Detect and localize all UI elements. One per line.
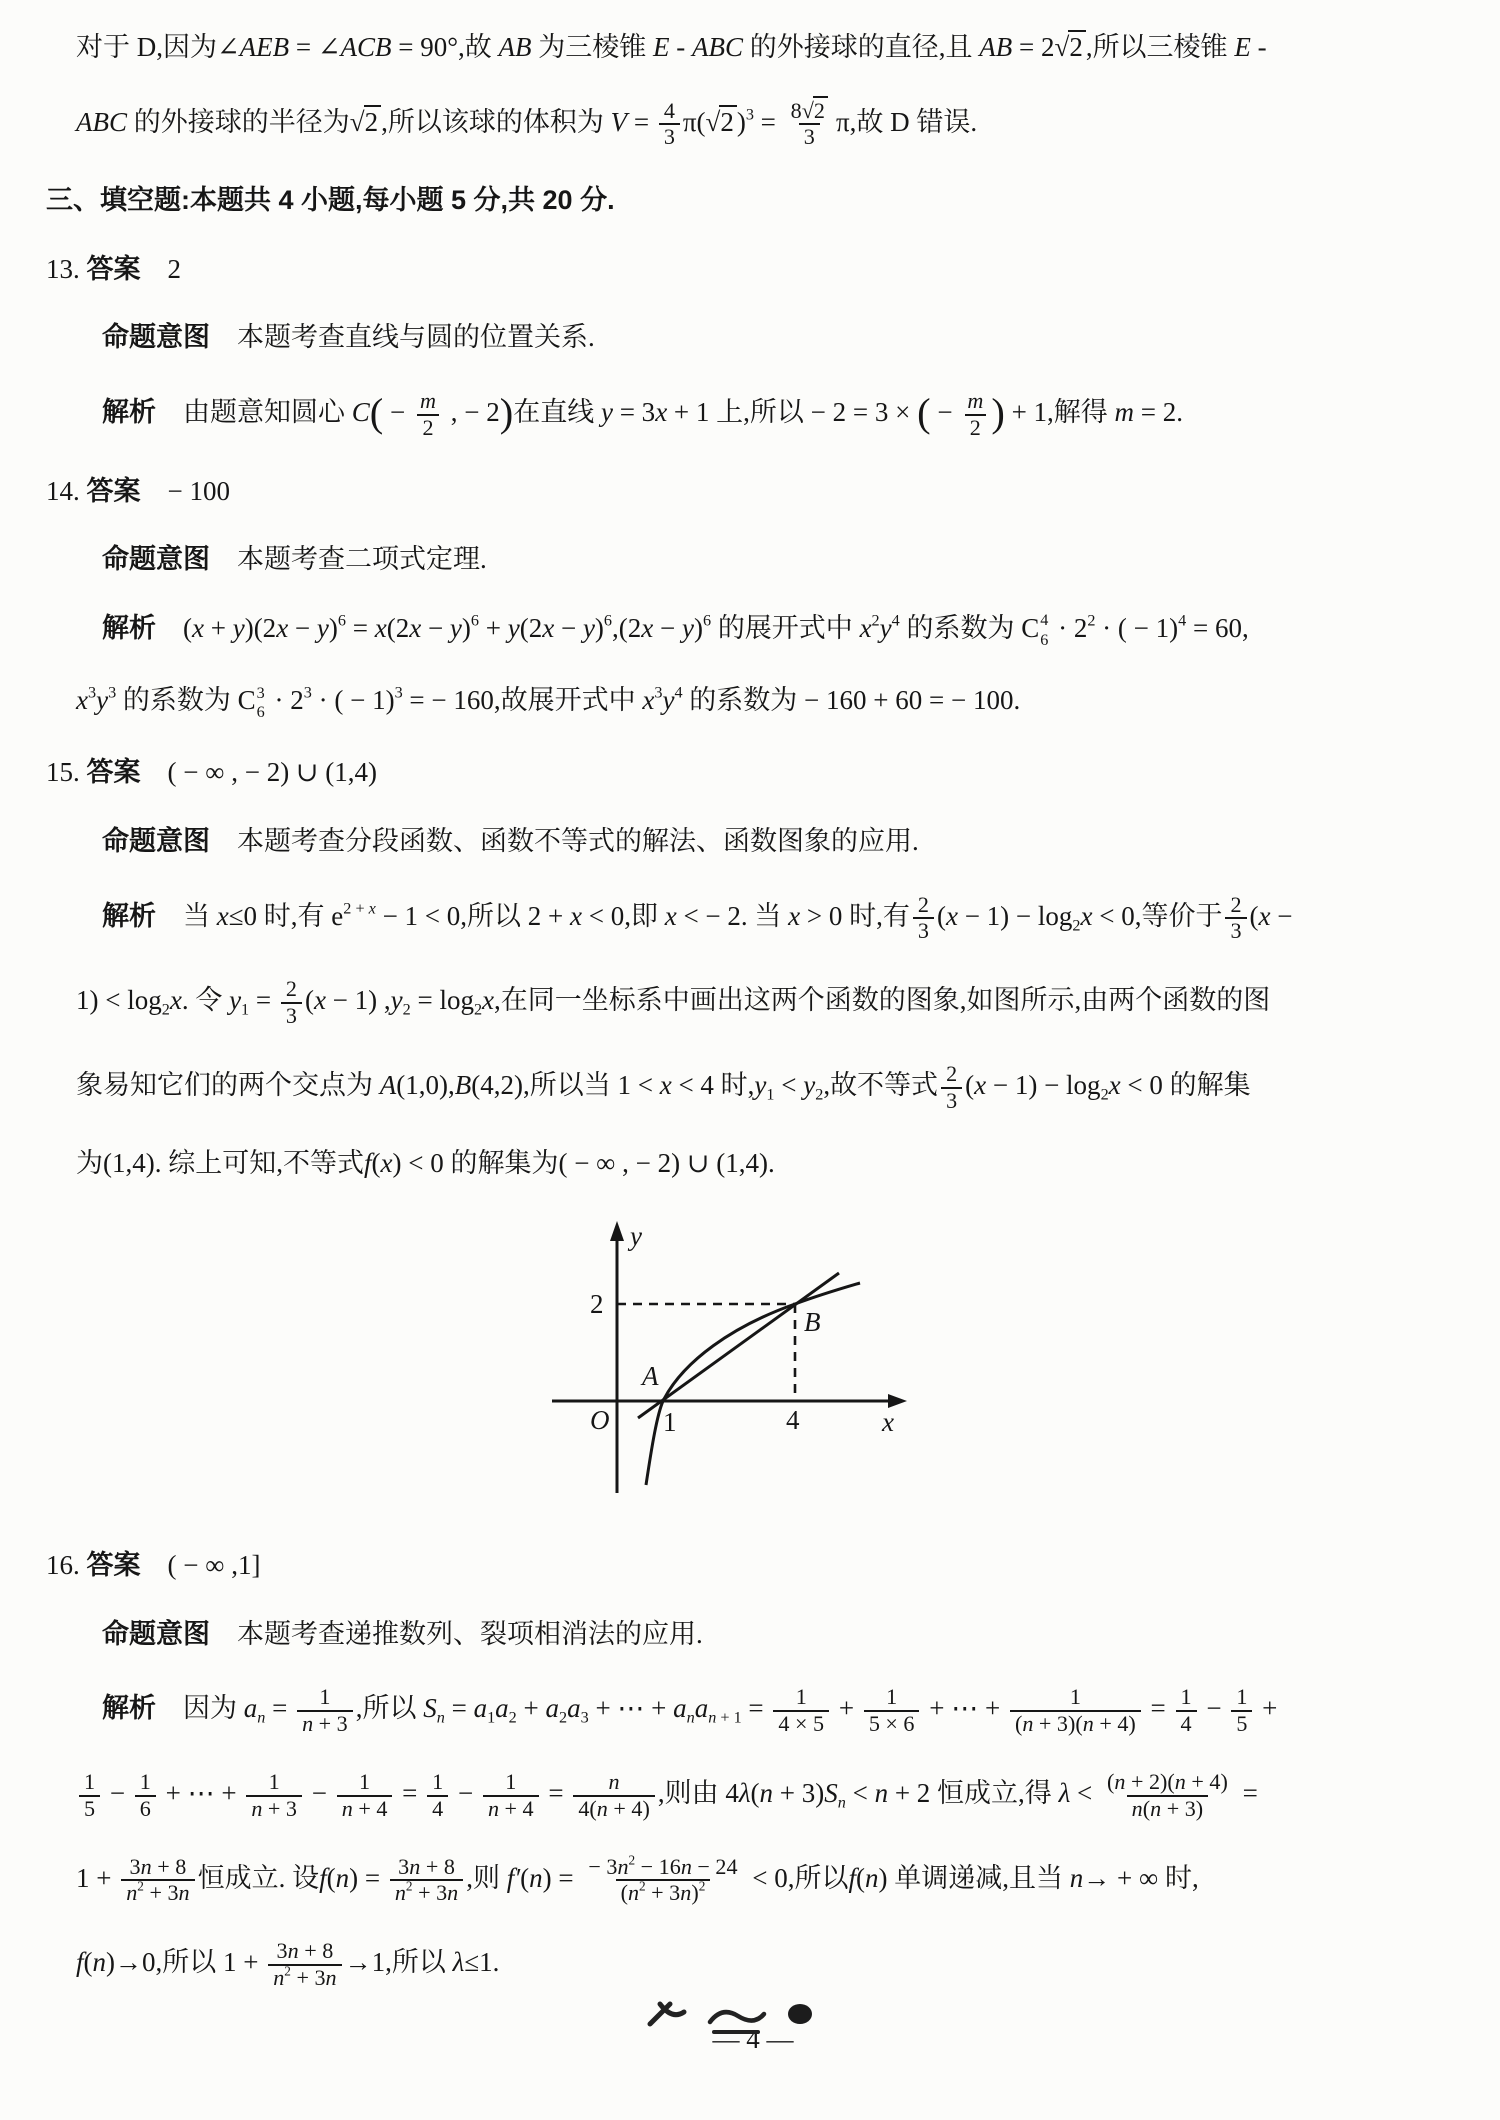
x-tick-4: 4 bbox=[786, 1405, 800, 1435]
q14-analysis-1: 解析 (x + y)(2x − y)6 = x(2x − y)6 + y(2x … bbox=[46, 611, 1460, 650]
q16-intent: 命题意图 本题考查递推数列、裂项相消法的应用. bbox=[46, 1617, 1460, 1653]
solution-d-line-1: 对于 D,因为∠AEB = ∠ACB = 90°,故 AB 为三棱锥 E - A… bbox=[46, 30, 1460, 66]
q13-analysis: 解析 由题意知圆心 C( − m2 , − 2)在直线 y = 3x + 1 上… bbox=[46, 389, 1460, 441]
x-tick-1: 1 bbox=[663, 1407, 677, 1437]
document-page: 对于 D,因为∠AEB = ∠ACB = 90°,故 AB 为三棱锥 E - A… bbox=[0, 0, 1500, 2055]
q16-analysis-2: 15 − 16 + ⋯ + 1n + 3 − 1n + 4 = 14 − 1n … bbox=[46, 1770, 1460, 1822]
content-top: 对于 D,因为∠AEB = ∠ACB = 90°,故 AB 为三棱锥 E - A… bbox=[46, 30, 1460, 1182]
q15-answer: 15. 答案 ( − ∞ , − 2) ∪ (1,4) bbox=[46, 755, 1460, 791]
q16-analysis-3: 1 + 3n + 8n2 + 3n恒成立. 设f(n) = 3n + 8n2 +… bbox=[46, 1855, 1460, 1907]
q14-analysis-2: x3y3 的系数为 C36 · 23 · ( − 1)3 = − 160,故展开… bbox=[46, 683, 1460, 722]
x-axis-label: x bbox=[881, 1407, 894, 1437]
graph-canvas: y x O 2 1 4 A B bbox=[546, 1215, 926, 1515]
q16-analysis-1: 解析 因为 an = 1n + 3,所以 Sn = a1a2 + a2a3 + … bbox=[46, 1685, 1460, 1737]
q14-intent: 命题意图 本题考查二项式定理. bbox=[46, 542, 1460, 578]
function-graph-figure: y x O 2 1 4 A B bbox=[546, 1215, 1460, 1522]
q15-analysis-3: 象易知它们的两个交点为 A(1,0),B(4,2),所以当 1 < x < 4 … bbox=[46, 1062, 1460, 1114]
page-footer: — 4 — bbox=[46, 2024, 1460, 2055]
q15-intent: 命题意图 本题考查分段函数、函数不等式的解法、函数图象的应用. bbox=[46, 824, 1460, 860]
y-axis-arrow-icon bbox=[610, 1221, 624, 1241]
q16-analysis-4: f(n)→0,所以 1 + 3n + 8n2 + 3n→1,所以 λ≤1. bbox=[46, 1939, 1460, 1991]
line-curve bbox=[638, 1273, 839, 1418]
q13-intent: 命题意图 本题考查直线与圆的位置关系. bbox=[46, 320, 1460, 356]
content-bottom: 16. 答案 ( − ∞ ,1]命题意图 本题考查递推数列、裂项相消法的应用.解… bbox=[46, 1548, 1460, 1991]
q14-answer: 14. 答案 − 100 bbox=[46, 474, 1460, 510]
q16-answer: 16. 答案 ( − ∞ ,1] bbox=[46, 1548, 1460, 1584]
q15-analysis-4: 为(1,4). 综上可知,不等式f(x) < 0 的解集为( − ∞ , − 2… bbox=[46, 1146, 1460, 1182]
section-3-header: 三、填空题:本题共 4 小题,每小题 5 分,共 20 分. bbox=[46, 183, 1460, 219]
q13-answer: 13. 答案 2 bbox=[46, 252, 1460, 288]
y-axis-label: y bbox=[627, 1221, 642, 1251]
q15-analysis-1: 解析 当 x≤0 时,有 e2 + x − 1 < 0,所以 2 + x < 0… bbox=[46, 893, 1460, 945]
q15-analysis-2: 1) < log2x. 令 y1 = 23(x − 1) ,y2 = log2x… bbox=[46, 977, 1460, 1029]
point-a-label: A bbox=[640, 1361, 659, 1391]
y-tick-2: 2 bbox=[590, 1289, 604, 1319]
log-curve bbox=[646, 1283, 860, 1485]
point-b-label: B bbox=[804, 1307, 821, 1337]
scan-artifact bbox=[644, 1992, 834, 2040]
solution-d-line-2: ABC 的外接球的半径为√2,所以该球的体积为 V = 43π(√2)3 = 8… bbox=[46, 99, 1460, 151]
origin-label: O bbox=[590, 1405, 610, 1435]
x-axis-arrow-icon bbox=[888, 1394, 907, 1408]
